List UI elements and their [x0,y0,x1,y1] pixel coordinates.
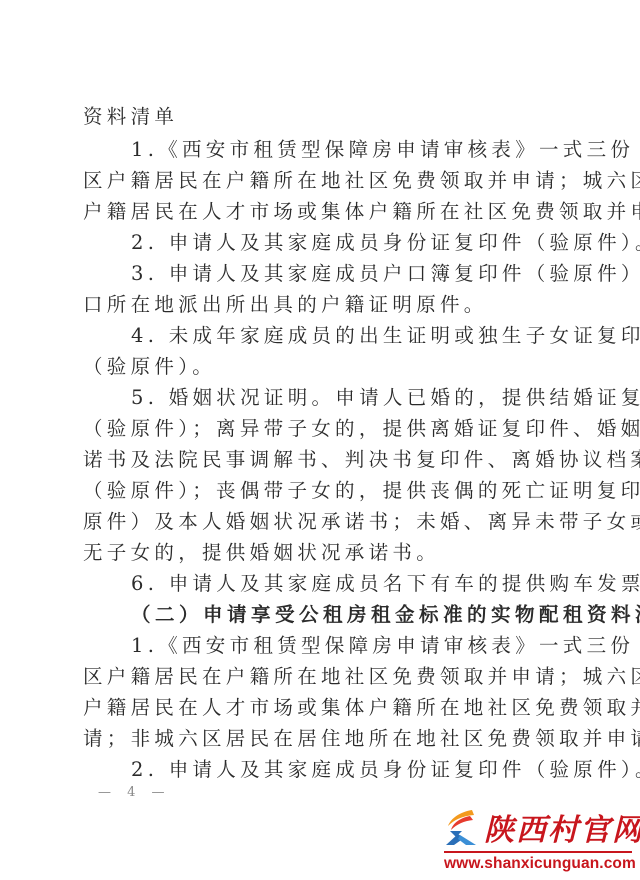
text-line: 1.《西安市租赁型保障房申请审核表》一式三份（城六 [131,634,601,658]
text-line: 5. 婚姻状况证明。申请人已婚的，提供结婚证复印件 [131,386,601,410]
text-line: 区户籍居民在户籍所在地社区免费领取并申请；城六区集体 [83,169,553,193]
text-line: 2. 申请人及其家庭成员身份证复印件（验原件）。 [131,231,601,255]
text-line: 请；非城六区居民在居住地所在地社区免费领取并申请）。 [83,727,553,751]
page-number: — 4 — [98,785,171,800]
text-line: 诺书及法院民事调解书、判决书复印件、离婚协议档案之一 [83,448,553,472]
text-line: （验原件）；离异带子女的，提供离婚证复印件、婚姻状况承 [83,417,553,441]
text-line: 户籍居民在人才市场或集体户籍所在社区免费领取并申请）。 [83,200,553,224]
text-line: 区户籍居民在户籍所在地社区免费领取并申请；城六区集体 [83,665,553,689]
document-page: 资料清单1.《西安市租赁型保障房申请审核表》一式三份（城六区户籍居民在户籍所在地… [0,0,640,880]
text-line: 原件）及本人婚姻状况承诺书；未婚、离异未带子女或丧偶 [83,510,553,534]
text-line: 户籍居民在人才市场或集体户籍所在地社区免费领取并申 [83,696,553,720]
text-line: 无子女的，提供婚姻状况承诺书。 [83,541,553,565]
text-line: 4. 未成年家庭成员的出生证明或独生子女证复印件 [131,324,601,348]
text-line: 口所在地派出所出具的户籍证明原件。 [83,293,553,317]
text-line: 6. 申请人及其家庭成员名下有车的提供购车发票。 [131,572,601,596]
watermark-logo: 陕西村官网 www.shanxicunguan.com [442,805,632,875]
text-line: 2. 申请人及其家庭成员身份证复印件（验原件）。 [131,758,601,782]
text-line: 1.《西安市租赁型保障房申请审核表》一式三份（城六 [131,138,601,162]
logo-text: 陕西村官网 [484,805,640,849]
text-line: （验原件）。 [83,355,553,379]
logo-url: www.shanxicunguan.com [444,855,636,873]
logo-mark-icon [442,807,482,847]
text-line: 3. 申请人及其家庭成员户口簿复印件（验原件）或户 [131,262,601,286]
section-heading: 资料清单 [83,105,553,129]
logo-divider [444,851,632,853]
text-line: （验原件）；丧偶带子女的，提供丧偶的死亡证明复印件（验 [83,479,553,503]
subsection-heading: （二）申请享受公租房租金标准的实物配租资料清单 [131,603,601,627]
